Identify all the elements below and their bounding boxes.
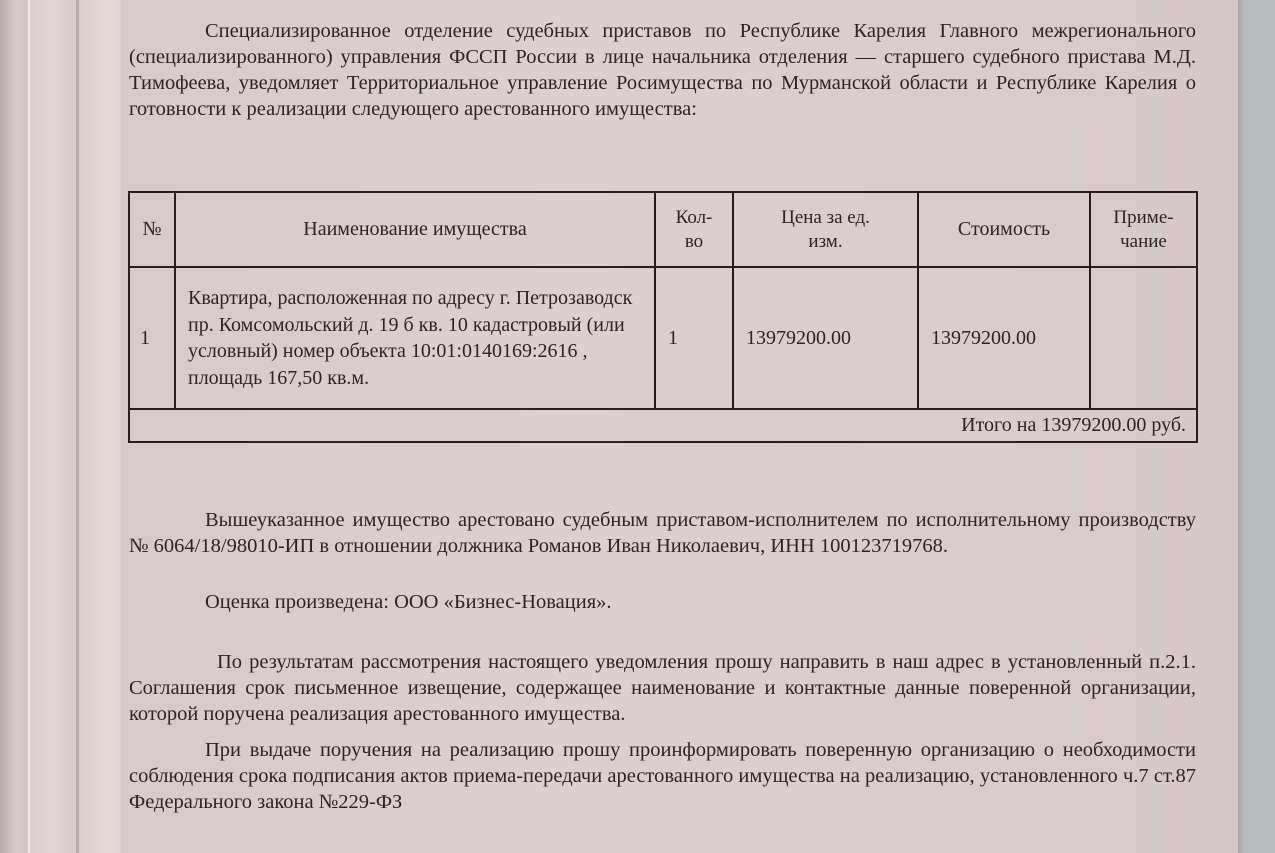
table-row: 1 Квартира, расположенная по адресу г. П… bbox=[129, 267, 1197, 409]
cell-unit-price: 13979200.00 bbox=[733, 267, 918, 409]
table-header-row: № Наименование имущества Кол-во Цена за … bbox=[129, 192, 1197, 267]
header-cost: Стоимость bbox=[918, 192, 1090, 267]
arrest-paragraph: Вышеуказанное имущество арестовано судеб… bbox=[129, 507, 1196, 559]
arrest-text: Вышеуказанное имущество арестовано судеб… bbox=[129, 509, 1196, 557]
request-text: По результатам рассмотрения настоящего у… bbox=[129, 651, 1196, 725]
cell-qty: 1 bbox=[655, 267, 733, 409]
binding-strip bbox=[0, 0, 28, 853]
property-table: № Наименование имущества Кол-во Цена за … bbox=[128, 191, 1198, 443]
instruction-paragraph: При выдаче поручения на реализацию прошу… bbox=[129, 737, 1196, 815]
header-qty: Кол-во bbox=[655, 192, 733, 267]
cell-cost: 13979200.00 bbox=[918, 267, 1090, 409]
instruction-text: При выдаче поручения на реализацию прошу… bbox=[129, 739, 1196, 813]
table-total-row: Итого на 13979200.00 руб. bbox=[129, 409, 1197, 442]
binding-strip bbox=[79, 0, 121, 853]
document-page: Специализированное отделение судебных пр… bbox=[121, 0, 1238, 853]
valuation-paragraph: Оценка произведена: ООО «Бизнес-Новация»… bbox=[129, 589, 1196, 615]
total-cell: Итого на 13979200.00 руб. bbox=[129, 409, 1197, 442]
cell-name: Квартира, расположенная по адресу г. Пет… bbox=[175, 267, 655, 409]
binding-strip bbox=[30, 0, 76, 853]
valuation-text: Оценка произведена: ООО «Бизнес-Новация»… bbox=[205, 591, 612, 613]
header-no: № bbox=[129, 192, 175, 267]
header-name: Наименование имущества bbox=[175, 192, 655, 267]
page-edge-shadow bbox=[1238, 0, 1244, 853]
cell-no: 1 bbox=[129, 267, 175, 409]
header-unit-price: Цена за ед.изм. bbox=[733, 192, 918, 267]
cell-note bbox=[1090, 267, 1197, 409]
request-paragraph: По результатам рассмотрения настоящего у… bbox=[129, 649, 1196, 727]
intro-paragraph: Специализированное отделение судебных пр… bbox=[129, 18, 1196, 122]
header-note: Приме-чание bbox=[1090, 192, 1197, 267]
intro-text: Специализированное отделение судебных пр… bbox=[129, 20, 1196, 120]
